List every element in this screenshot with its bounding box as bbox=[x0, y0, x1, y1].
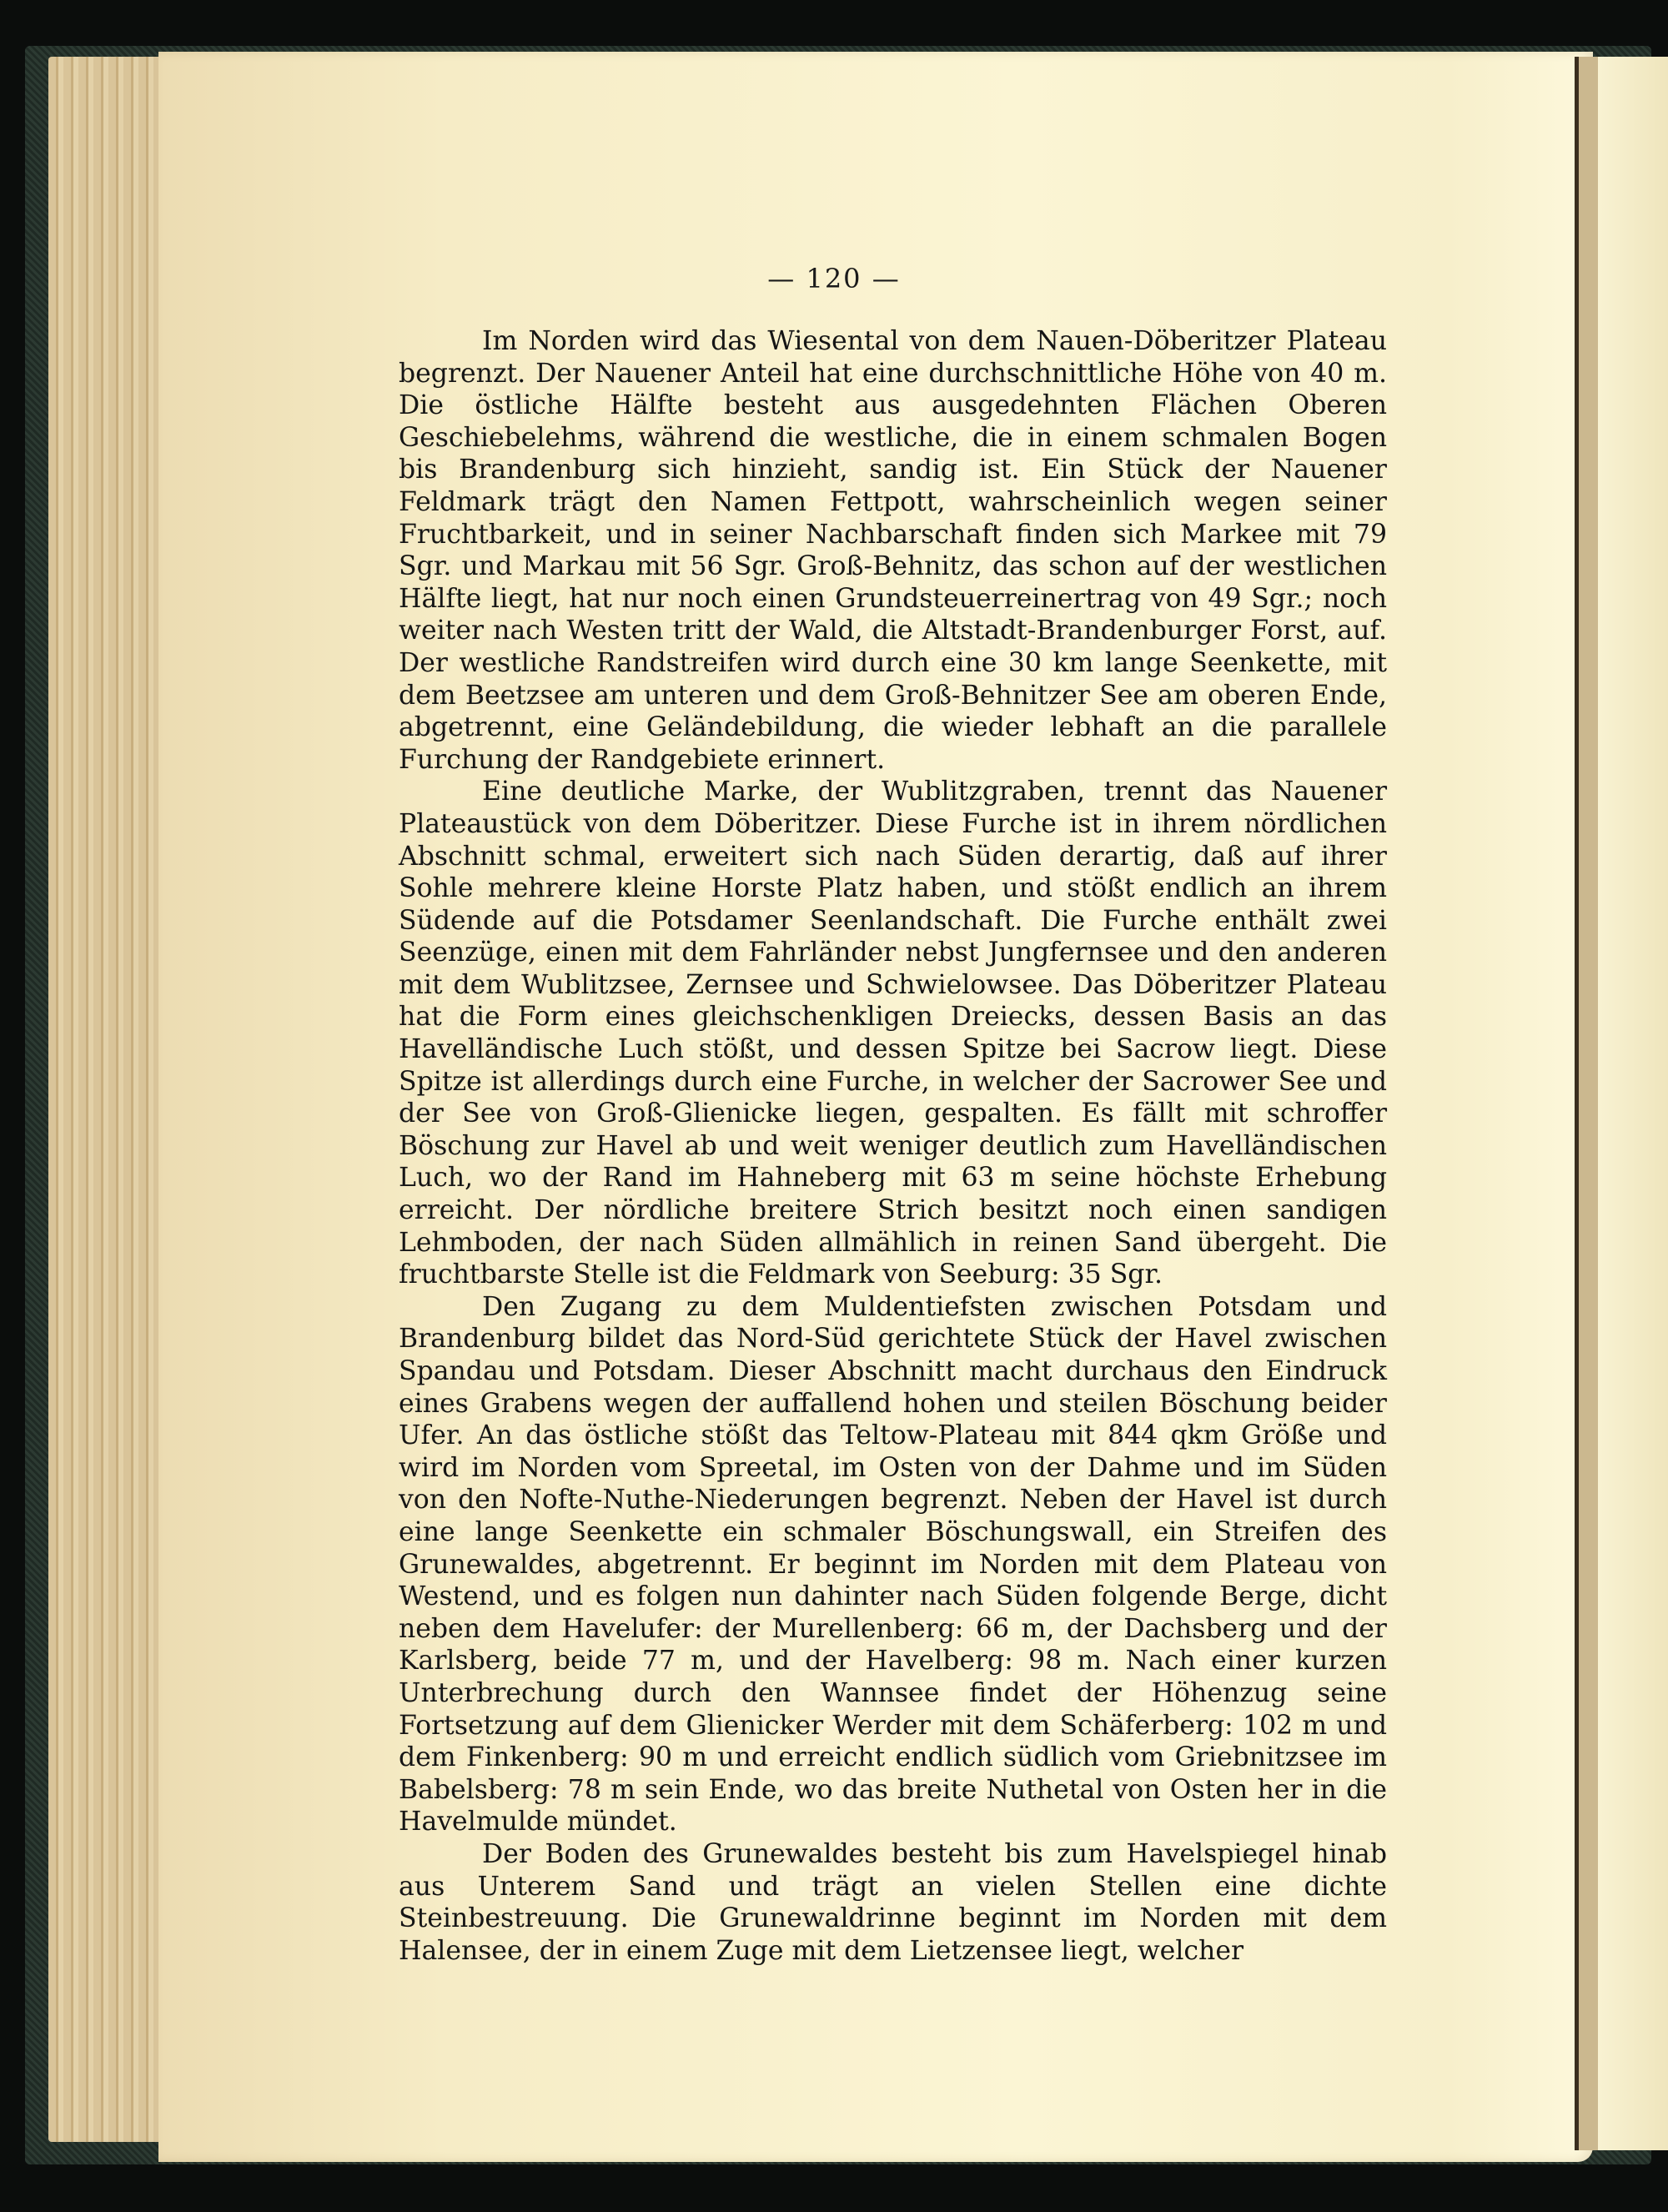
page-body-text: Im Norden wird das Wiesental von dem Nau… bbox=[399, 325, 1387, 1967]
paragraph-teltow-plateau: Den Zugang zu dem Muldentiefsten zwische… bbox=[399, 1291, 1387, 1838]
book-gutter bbox=[1575, 57, 1600, 2150]
page-number-header: — 120 — bbox=[0, 263, 1668, 294]
paragraph-wublitzgraben: Eine deutliche Marke, der Wublitzgraben,… bbox=[399, 776, 1387, 1291]
paragraph-grunewald-soil: Der Boden des Grunewaldes besteht bis zu… bbox=[399, 1838, 1387, 1967]
page-edges-stack bbox=[48, 57, 161, 2142]
adjacent-page-edge bbox=[1598, 57, 1668, 2150]
paragraph-nauen-doeberitz-plateau: Im Norden wird das Wiesental von dem Nau… bbox=[399, 325, 1387, 776]
